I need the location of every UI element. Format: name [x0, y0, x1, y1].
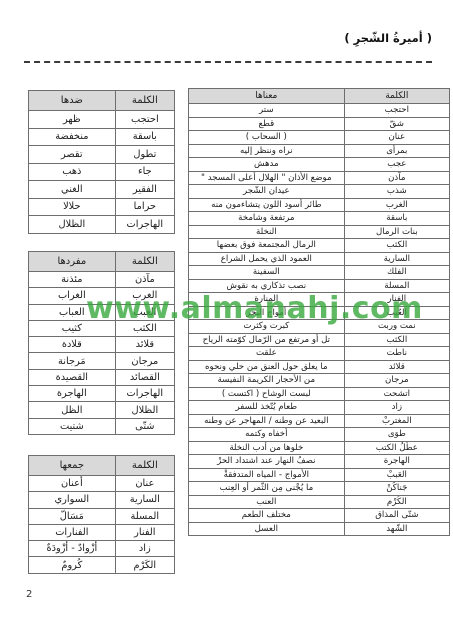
singular-cell: الظل [29, 402, 116, 418]
meaning-cell: نصب تذكاري به نقوش [189, 279, 345, 293]
table-row: مرجان من الأحجار الكريمة النفيسة [189, 374, 450, 388]
word-cell: العبب [115, 304, 174, 320]
word-cell: الكَرْم [115, 557, 174, 573]
table-row: الغرب الغراب [29, 288, 175, 304]
word-cell: احتجب [344, 104, 449, 118]
word-cell: مرجان [344, 374, 449, 388]
singular-header-word: الكلمة [115, 252, 174, 272]
table-row: الكثب الرمال المجتمعة فوق بعضها [189, 239, 450, 253]
table-row: شقّ قطع [189, 117, 450, 131]
meaning-cell: ( السحاب ) [189, 131, 345, 145]
meaning-cell: العسل [189, 522, 345, 536]
meaning-cell: مختلف الطعم [189, 509, 345, 523]
word-cell: باسقة [115, 128, 174, 146]
word-cell: العُبب [344, 306, 449, 320]
antonym-cell: حلالا [29, 198, 116, 216]
antonym-cell: الظلال [29, 216, 116, 234]
meanings-header-word: الكلمة [344, 89, 449, 104]
meaning-cell: قطع [189, 117, 345, 131]
word-cell: جاء [115, 163, 174, 181]
meaning-cell: المنارة [189, 293, 345, 307]
word-cell: الغرب [344, 198, 449, 212]
table-row: المسلة نصب تذكاري به نقوش [189, 279, 450, 293]
table-row: الكثب كثيب [29, 320, 175, 336]
meaning-cell: ما يُجْنى مِن الثّمر أو العِنب [189, 482, 345, 496]
singular-cell: مئذنة [29, 272, 116, 288]
plural-cell: كُرومٌ [29, 557, 116, 573]
plural-header-row: الكلمة جمعها [29, 456, 175, 476]
table-row: عجب مدهش [189, 158, 450, 172]
table-row: شتّى شتيت [29, 418, 175, 434]
word-cell: زاد [344, 401, 449, 415]
word-cell: الكثب [344, 239, 449, 253]
word-cell: الفلك [344, 266, 449, 280]
singular-cell: قلادة [29, 337, 116, 353]
word-cell: الكثب [344, 333, 449, 347]
word-cell: اتشحت [344, 387, 449, 401]
word-cell: احتجب [115, 111, 174, 129]
word-cell: زاد [115, 541, 174, 557]
table-row: المسلة مَسَالّ [29, 508, 175, 524]
table-row: مآذن مئذنة [29, 272, 175, 288]
table-row: الفنار المنارة [189, 293, 450, 307]
table-row: نمت وربت كبرت وكثرت [189, 320, 450, 334]
word-cell: الهاجرة [344, 455, 449, 469]
word-cell: العَببْ [344, 468, 449, 482]
table-row: احتجب ظهر [29, 111, 175, 129]
table-row: باسقة مرتفعة وشامخة [189, 212, 450, 226]
worksheet-page: ( أميرةُ الشّجرِ ) الكلمة معناها احتجب س… [0, 0, 453, 640]
plural-cell: أزْوادٌ - أزْودَةٌ [29, 541, 116, 557]
word-cell: المسلة [344, 279, 449, 293]
meanings-header-meaning: معناها [189, 89, 345, 104]
word-cell: الكثب [115, 320, 174, 336]
plural-cell: الفنارات [29, 524, 116, 540]
word-cell: عنان [344, 131, 449, 145]
antonyms-header-word: الكلمة [115, 91, 174, 111]
plural-cell: مَسَالّ [29, 508, 116, 524]
meaning-cell: الأمواج - المياه المتدفقةْ [189, 468, 345, 482]
table-row: مآذن موضع الأذان " الهلال أعلى المسجد " [189, 171, 450, 185]
table-row: شذب عيدان الشّجر [189, 185, 450, 199]
singular-cell: مَرجانة [29, 353, 116, 369]
table-row: قلائد ما يعلق حول العنق من حلي ونحوه [189, 360, 450, 374]
table-row: بمرأى نراه وننظر إليه [189, 144, 450, 158]
table-row: الكَرْم العنب [189, 495, 450, 509]
table-row: قلائد قلادة [29, 337, 175, 353]
meaning-cell: نصفُ النهار عند اشتداد الحرْ [189, 455, 345, 469]
meaning-cell: كبرت وكثرت [189, 320, 345, 334]
word-cell: نمت وربت [344, 320, 449, 334]
word-cell: الظلال [115, 402, 174, 418]
word-cell: الفنار [115, 524, 174, 540]
table-row: الغرب طائر أسود اللون يتشاءمون منه [189, 198, 450, 212]
antonyms-header-row: الكلمة ضدها [29, 91, 175, 111]
singular-table: الكلمة مفردها مآذن مئذنة الغرب الغراب ال… [28, 251, 175, 435]
meaning-cell: أخفاه وكتمه [189, 428, 345, 442]
singular-cell: كثيب [29, 320, 116, 336]
table-row: الهاجرة نصفُ النهار عند اشتداد الحرْ [189, 455, 450, 469]
table-row: الكَرْم كُرومٌ [29, 557, 175, 573]
word-cell: قلائد [344, 360, 449, 374]
singular-header-row: الكلمة مفردها [29, 252, 175, 272]
word-cell: الشّهد [344, 522, 449, 536]
table-row: طوَى أخفاه وكتمه [189, 428, 450, 442]
word-cell: مرجان [115, 353, 174, 369]
singular-cell: القصيدة [29, 369, 116, 385]
meaning-cell: النخلة [189, 225, 345, 239]
antonyms-header-value: ضدها [29, 91, 116, 111]
singular-header-value: مفردها [29, 252, 116, 272]
page-number: 2 [26, 589, 32, 600]
meaning-cell: العمود الذي يحمل الشراع [189, 252, 345, 266]
word-cell: الهاجرات [115, 386, 174, 402]
word-cell: الفقير [115, 181, 174, 199]
plural-cell: أعنان [29, 476, 116, 492]
word-cell: القصائد [115, 369, 174, 385]
meaning-cell: الرمال المجتمعة فوق بعضها [189, 239, 345, 253]
table-row: مرجان مَرجانة [29, 353, 175, 369]
word-cell: السارية [344, 252, 449, 266]
antonym-cell: منخفضة [29, 128, 116, 146]
table-row: السارية العمود الذي يحمل الشراع [189, 252, 450, 266]
word-cell: ناطت [344, 347, 449, 361]
table-row: حراما حلالا [29, 198, 175, 216]
word-cell: الكَرْم [344, 495, 449, 509]
word-cell: الفنار [344, 293, 449, 307]
word-cell: جَناكُنْ [344, 482, 449, 496]
table-row: الكثب تل أو مرتفع من الرّمال كوّمته الري… [189, 333, 450, 347]
word-cell: مآذن [344, 171, 449, 185]
meaning-cell: موضع الأذان " الهلال أعلى المسجد " [189, 171, 345, 185]
word-cell: شقّ [344, 117, 449, 131]
table-row: زاد طعام يُتّخذ للسفر [189, 401, 450, 415]
antonym-cell: الغني [29, 181, 116, 199]
plural-header-word: الكلمة [115, 456, 174, 476]
table-row: جاء ذهب [29, 163, 175, 181]
word-cell: عطْلُ الكتب [344, 441, 449, 455]
word-cell: شتّى [115, 418, 174, 434]
meaning-cell: السفينة [189, 266, 345, 280]
meaning-cell: تل أو مرتفع من الرّمال كوّمته الرياح [189, 333, 345, 347]
meaning-cell: خلوها من أدب النخلة [189, 441, 345, 455]
word-cell: الهاجرات [115, 216, 174, 234]
word-cell: الغرب [115, 288, 174, 304]
singular-cell: الغراب [29, 288, 116, 304]
table-row: المغتربْ البعيد عن وطنه / المهاجر عن وطن… [189, 414, 450, 428]
plural-header-value: جمعها [29, 456, 116, 476]
meaning-cell: ستر [189, 104, 345, 118]
word-cell: شذب [344, 185, 449, 199]
word-cell: باسقة [344, 212, 449, 226]
table-row: الفلك السفينة [189, 266, 450, 280]
word-cell: بمرأى [344, 144, 449, 158]
table-row: اتشحت لبست الوشاح ( اكتست ) [189, 387, 450, 401]
separator-line [24, 61, 432, 63]
meanings-header-row: الكلمة معناها [189, 89, 450, 104]
meaning-cell: مرتفعة وشامخة [189, 212, 345, 226]
table-row: عنان ( السحاب ) [189, 131, 450, 145]
table-row: باسقة منخفضة [29, 128, 175, 146]
meaning-cell: مدهش [189, 158, 345, 172]
word-cell: بنات الرمال [344, 225, 449, 239]
table-row: زاد أزْوادٌ - أزْودَةٌ [29, 541, 175, 557]
table-row: شتّى المذاق مختلف الطعم [189, 509, 450, 523]
word-cell: المغتربْ [344, 414, 449, 428]
table-row: بنات الرمال النخلة [189, 225, 450, 239]
table-row: العبب العباب [29, 304, 175, 320]
antonyms-table: الكلمة ضدها احتجب ظهر باسقة منخفضة تطول … [28, 90, 175, 234]
meaning-cell: نراه وننظر إليه [189, 144, 345, 158]
table-row: العُبب أمواج البحر [189, 306, 450, 320]
antonym-cell: ذهب [29, 163, 116, 181]
singular-cell: شتيت [29, 418, 116, 434]
meaning-cell: طائر أسود اللون يتشاءمون منه [189, 198, 345, 212]
word-cell: عنان [115, 476, 174, 492]
table-row: الفنار الفنارات [29, 524, 175, 540]
word-cell: شتّى المذاق [344, 509, 449, 523]
word-cell: عجب [344, 158, 449, 172]
table-row: السارية السواري [29, 492, 175, 508]
table-row: ناطت علقت [189, 347, 450, 361]
word-cell: طوَى [344, 428, 449, 442]
plural-table: الكلمة جمعها عنان أعنان السارية السواري … [28, 455, 175, 574]
page-title: ( أميرةُ الشّجرِ ) [344, 31, 432, 45]
meaning-cell: ما يعلق حول العنق من حلي ونحوه [189, 360, 345, 374]
word-cell: المسلة [115, 508, 174, 524]
table-row: الهاجرات الظلال [29, 216, 175, 234]
meaning-cell: العنب [189, 495, 345, 509]
word-cell: مآذن [115, 272, 174, 288]
word-cell: قلائد [115, 337, 174, 353]
table-row: الظلال الظل [29, 402, 175, 418]
meaning-cell: من الأحجار الكريمة النفيسة [189, 374, 345, 388]
table-row: عنان أعنان [29, 476, 175, 492]
meaning-cell: أمواج البحر [189, 306, 345, 320]
meaning-cell: البعيد عن وطنه / المهاجر عن وطنه [189, 414, 345, 428]
meaning-cell: طعام يُتّخذ للسفر [189, 401, 345, 415]
singular-cell: الهاجرة [29, 386, 116, 402]
antonym-cell: ظهر [29, 111, 116, 129]
plural-cell: السواري [29, 492, 116, 508]
meaning-cell: علقت [189, 347, 345, 361]
word-cell: حراما [115, 198, 174, 216]
table-row: احتجب ستر [189, 104, 450, 118]
word-cell: تطول [115, 146, 174, 164]
word-cell: السارية [115, 492, 174, 508]
antonym-cell: تقصر [29, 146, 116, 164]
table-row: الهاجرات الهاجرة [29, 386, 175, 402]
table-row: الشّهد العسل [189, 522, 450, 536]
table-row: الفقير الغني [29, 181, 175, 199]
meaning-cell: لبست الوشاح ( اكتست ) [189, 387, 345, 401]
table-row: جَناكُنْ ما يُجْنى مِن الثّمر أو العِنب [189, 482, 450, 496]
singular-cell: العباب [29, 304, 116, 320]
table-row: القصائد القصيدة [29, 369, 175, 385]
table-row: عطْلُ الكتب خلوها من أدب النخلة [189, 441, 450, 455]
table-row: العَببْ الأمواج - المياه المتدفقةْ [189, 468, 450, 482]
meanings-table: الكلمة معناها احتجب ستر شقّ قطع عنان ( ا… [188, 88, 450, 536]
meaning-cell: عيدان الشّجر [189, 185, 345, 199]
table-row: تطول تقصر [29, 146, 175, 164]
